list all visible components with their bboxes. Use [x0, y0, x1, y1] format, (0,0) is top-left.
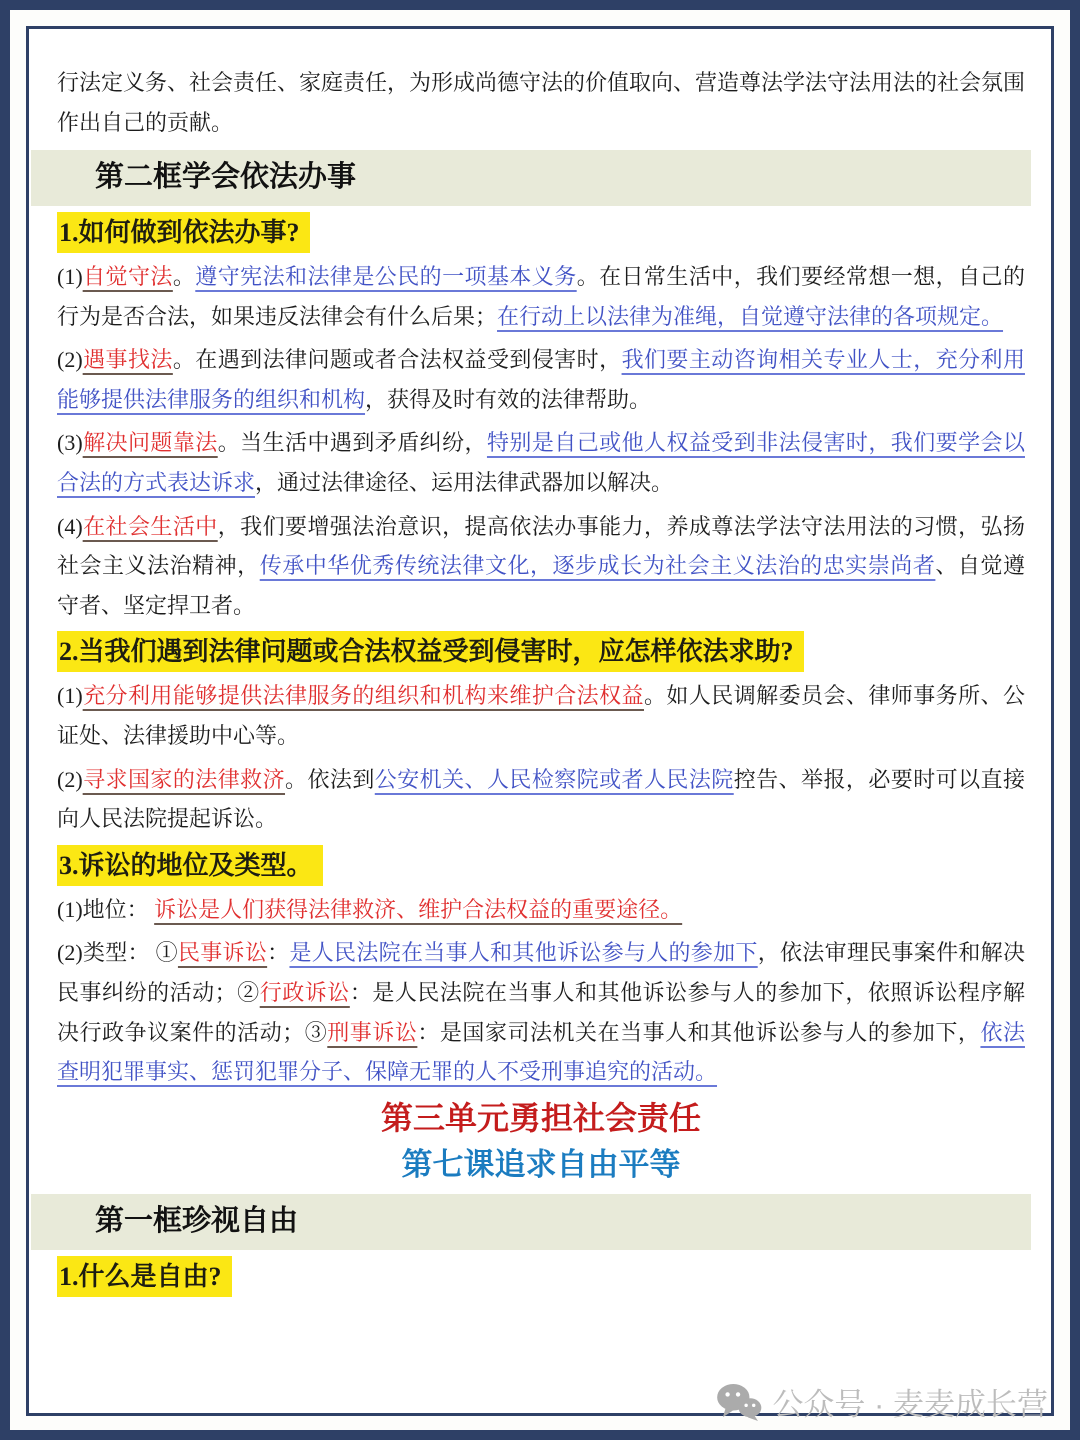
paragraph-litigation-types: (2)类型： ①民事诉讼：是人民法院在当事人和其他诉讼参与人的参加下，依法审理民… — [57, 933, 1025, 1091]
notes-page: 行法定义务、社会责任、家庭责任，为形成尚德守法的价值取向、营造尊法学法守法用法的… — [0, 0, 1080, 1440]
text-segment: (2)类型： ① — [57, 940, 178, 965]
text-segment: ： — [267, 940, 289, 965]
question-row-3: 3.诉讼的地位及类型。 — [57, 845, 1025, 886]
lesson7-title: 第七课追求自由平等 — [57, 1143, 1025, 1186]
key-term-red: 在社会生活中 — [83, 514, 218, 539]
text-segment: (3) — [57, 430, 83, 455]
key-term-red: 寻求国家的法律救济 — [83, 767, 285, 792]
question-row-4: 1.什么是自由? — [57, 1256, 1025, 1297]
text-segment: ，通过法律途径、运用法律武器加以解决。 — [255, 470, 673, 495]
paragraph-litigation-status: (1)地位： 诉讼是人们获得法律救济、维护合法权益的重要途径。 — [57, 890, 1025, 930]
key-term-red: 诉讼是人们获得法律救济、维护合法权益的重要途径。 — [154, 897, 682, 922]
key-term-red: 刑事诉讼 — [327, 1020, 417, 1045]
text-segment: (2) — [57, 347, 83, 372]
text-segment: (1)地位： — [57, 897, 154, 922]
paragraph-state-remedy: (2)寻求国家的法律救济。依法到公安机关、人民检察院或者人民法院控告、举报，必要… — [57, 760, 1025, 839]
key-phrase-blue: 在行动上以法律为准绳，自觉遵守法律的各项规定。 — [497, 304, 1003, 329]
question-row-1: 1.如何做到依法办事? — [57, 212, 1025, 253]
key-phrase-blue: 遵守宪法和法律是公民的一项基本义务 — [195, 264, 576, 289]
paragraph-social-life: (4)在社会生活中，我们要增强法治意识，提高依法办事能力，养成尊法学法守法用法的… — [57, 507, 1025, 626]
key-phrase-blue: 是人民法院在当事人和其他诉讼参与人的参加下 — [289, 940, 757, 965]
text-segment: ，获得及时有效的法律帮助。 — [365, 387, 651, 412]
text-segment: (4) — [57, 514, 83, 539]
key-term-red: 遇事找法 — [83, 347, 173, 372]
key-phrase-blue: 公安机关、人民检察院或者人民法院 — [375, 767, 734, 792]
text-segment: 。在遇到法律问题或者合法权益受到侵害时， — [173, 347, 622, 372]
section-header-frame2: 第二框学会依法办事 — [31, 150, 1031, 206]
text-segment: ：是国家司法机关在当事人和其他诉讼参与人的参加下， — [417, 1020, 980, 1045]
section-header-frame1: 第一框珍视自由 — [31, 1194, 1031, 1250]
key-phrase-blue: 传承中华优秀传统法律文化，逐步成长为社会主义法治的忠实崇尚者 — [260, 553, 936, 578]
key-term-red: 充分利用能够提供法律服务的组织和机构来维护合法权益 — [83, 683, 644, 708]
paragraph-solve-by-law: (3)解决问题靠法。当生活中遇到矛盾纠纷，特别是自己或他人权益受到非法侵害时，我… — [57, 423, 1025, 502]
text-segment: 。依法到 — [285, 767, 375, 792]
key-term-red: 解决问题靠法 — [83, 430, 218, 455]
highlighted-question-3: 3.诉讼的地位及类型。 — [57, 845, 323, 886]
highlighted-question-4: 1.什么是自由? — [57, 1256, 232, 1297]
unit3-title: 第三单元勇担社会责任 — [57, 1096, 1025, 1141]
highlighted-question-1: 1.如何做到依法办事? — [57, 212, 310, 253]
highlighted-question-2: 2.当我们遇到法律问题或合法权益受到侵害时，应怎样依法求助? — [57, 631, 804, 672]
paragraph-self-abide-law: (1)自觉守法。遵守宪法和法律是公民的一项基本义务。在日常生活中，我们要经常想一… — [57, 257, 1025, 336]
question-row-2: 2.当我们遇到法律问题或合法权益受到侵害时，应怎样依法求助? — [57, 631, 1025, 672]
key-term-red: 民事诉讼 — [178, 940, 267, 965]
text-segment: 。当生活中遇到矛盾纠纷， — [218, 430, 487, 455]
text-segment: (1) — [57, 264, 83, 289]
key-term-red: 自觉守法 — [83, 264, 173, 289]
key-term-red: 行政诉讼 — [260, 980, 350, 1005]
text-segment: 行法定义务、社会责任、家庭责任，为形成尚德守法的价值取向、营造尊法学法守法用法的… — [57, 70, 1025, 135]
text-segment: (2) — [57, 767, 83, 792]
section-header-label: 第二框学会依法办事 — [95, 161, 356, 193]
section-header-label: 第一框珍视自由 — [95, 1205, 298, 1237]
paragraph-legal-service-orgs: (1)充分利用能够提供法律服务的组织和机构来维护合法权益。如人民调解委员会、律师… — [57, 676, 1025, 755]
intro-paragraph: 行法定义务、社会责任、家庭责任，为形成尚德守法的价值取向、营造尊法学法守法用法的… — [57, 63, 1025, 142]
paragraph-seek-law: (2)遇事找法。在遇到法律问题或者合法权益受到侵害时，我们要主动咨询相关专业人士… — [57, 340, 1025, 419]
content-frame: 行法定义务、社会责任、家庭责任，为形成尚德守法的价值取向、营造尊法学法守法用法的… — [26, 26, 1054, 1416]
text-segment: 。 — [173, 264, 195, 289]
text-segment: (1) — [57, 683, 83, 708]
